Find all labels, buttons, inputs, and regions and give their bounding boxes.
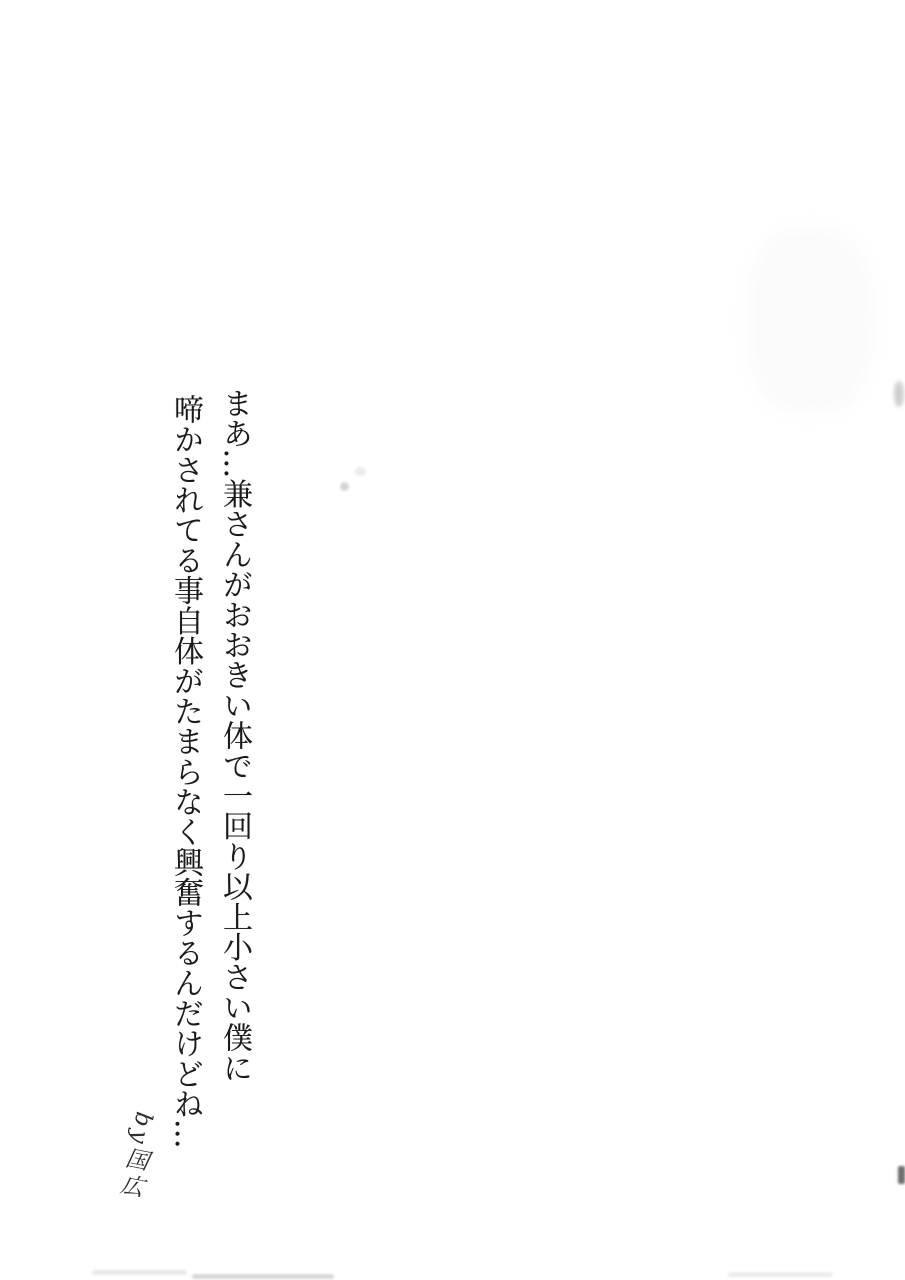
scanned-page: まあ…兼さんがおおきい体で一回り以上小さい僕に 啼かされてる事自体がたまらなく興… [0, 0, 905, 1280]
scan-edge-mark-top [894, 381, 904, 407]
scan-speck [340, 482, 349, 491]
scan-edge-mark-bottom [898, 1166, 905, 1184]
vertical-text-column-1: まあ…兼さんがおおきい体で一回り以上小さい僕に [218, 388, 250, 1083]
scan-paper-texture [748, 228, 873, 413]
handwritten-author-signature: by国広 [114, 1110, 157, 1203]
vertical-text-column-2: 啼かされてる事自体がたまらなく興奮するんだけどね… [169, 394, 201, 1149]
scan-bottom-smudge [192, 1274, 334, 1279]
scan-bottom-smudge [92, 1270, 187, 1275]
scan-speck [355, 467, 366, 476]
scan-bottom-smudge [728, 1272, 833, 1277]
